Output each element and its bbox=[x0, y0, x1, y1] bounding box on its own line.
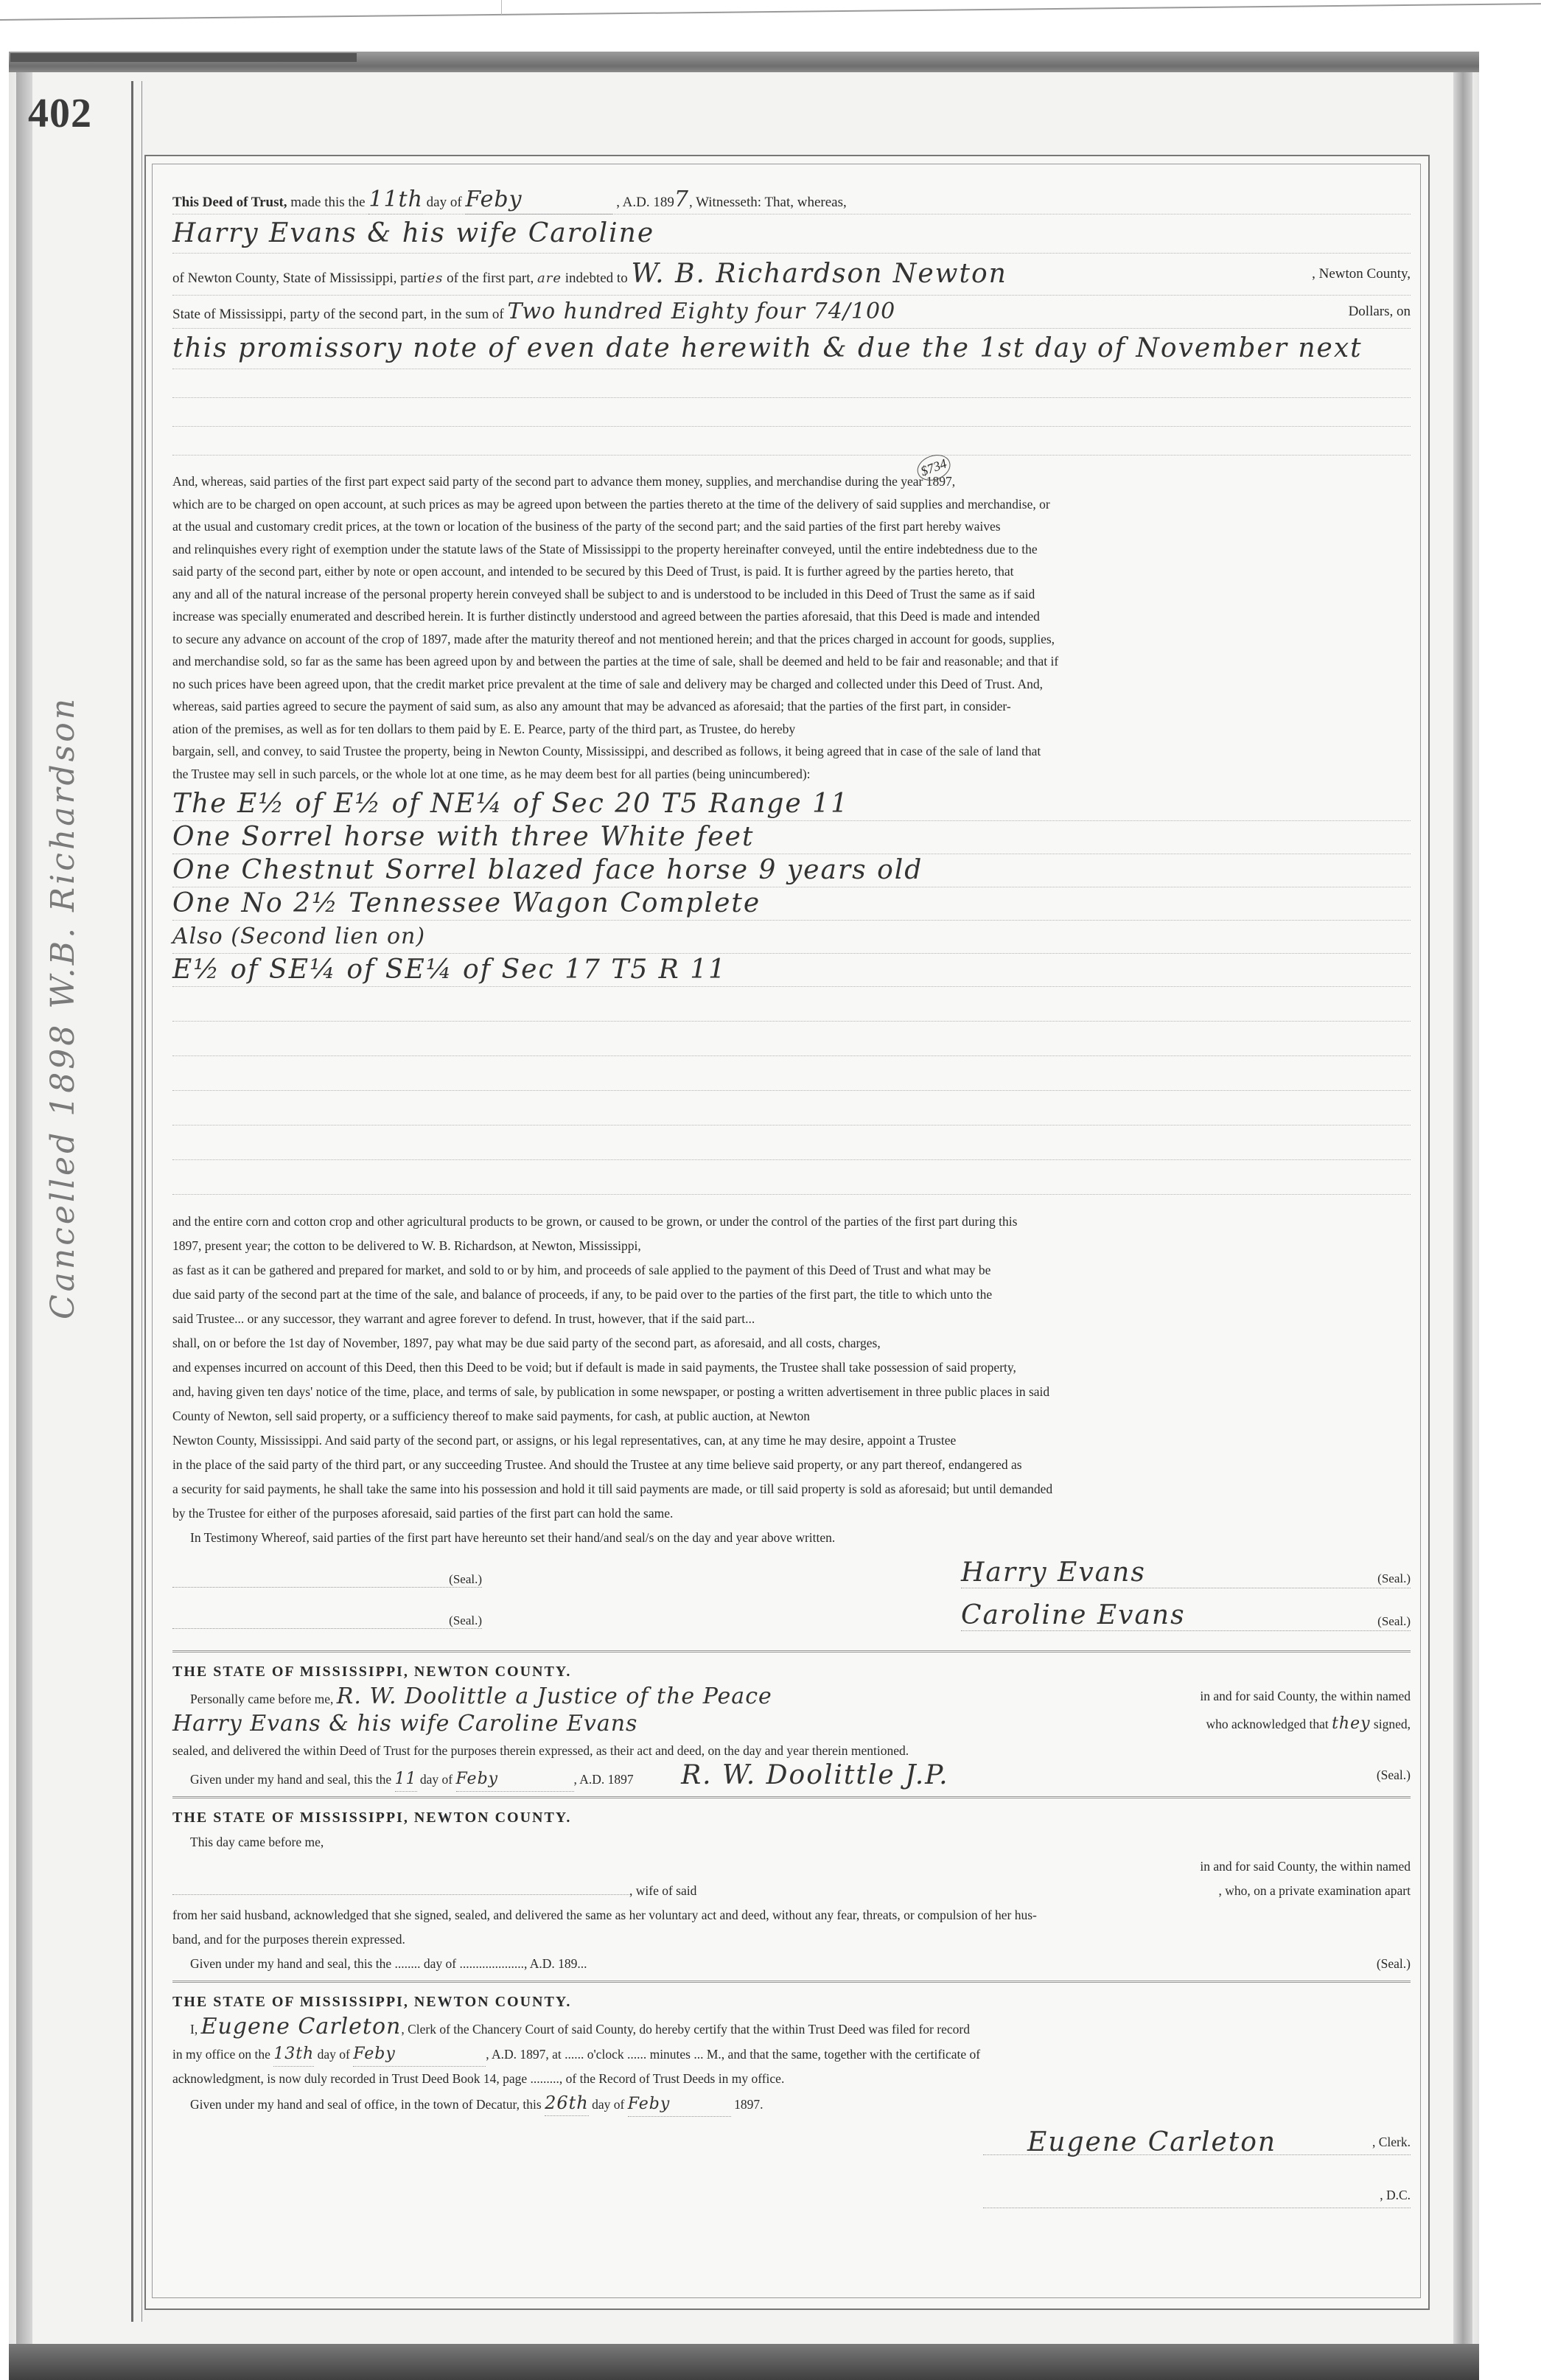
property-item: One No 2½ Tennessee Wagon Complete bbox=[172, 887, 1411, 921]
blank-line bbox=[172, 427, 1411, 456]
filed-month: Feby bbox=[353, 2042, 486, 2067]
advance-line: which are to be charged on open account,… bbox=[172, 493, 1411, 516]
left-binding-shadow bbox=[16, 72, 32, 2357]
grantors-line: Harry Evans & his wife Caroline bbox=[172, 214, 1411, 254]
page-top-edge-shadow bbox=[10, 53, 357, 62]
property-item: Also (Second lien on) bbox=[172, 921, 1411, 954]
witness-seal-1: (Seal.) bbox=[172, 1572, 482, 1588]
advance-line: increase was specially enumerated and de… bbox=[172, 605, 1411, 628]
scan-edge-line bbox=[0, 3, 1541, 21]
margin-rule-thin bbox=[141, 81, 142, 2322]
testimony-clause: In Testimony Whereof, said parties of th… bbox=[172, 1526, 1411, 1550]
crop-line: and expenses incurred on account of this… bbox=[172, 1355, 1411, 1380]
advance-line: And, whereas, said parties of the first … bbox=[172, 470, 1411, 493]
ack-officer: R. W. Doolittle a Justice of the Peace bbox=[337, 1683, 772, 1709]
deed-of-trust-form: This Deed of Trust, made this the 11th d… bbox=[144, 155, 1430, 2310]
wife-examination-section: THE STATE OF MISSISSIPPI, NEWTON COUNTY.… bbox=[172, 1806, 1411, 1976]
clerk-certificate-section: THE STATE OF MISSISSIPPI, NEWTON COUNTY.… bbox=[172, 1990, 1411, 2213]
property-list: The E½ of E½ of NE¼ of Sec 20 T5 Range 1… bbox=[172, 788, 1411, 1195]
crop-line: shall, on or before the 1st day of Novem… bbox=[172, 1331, 1411, 1355]
advance-line: ation of the premises, as well as for te… bbox=[172, 718, 1411, 741]
acknowledgment-section: THE STATE OF MISSISSIPPI, NEWTON COUNTY.… bbox=[172, 1660, 1411, 1792]
advance-line: and merchandise sold, so far as the same… bbox=[172, 650, 1411, 673]
scan-edge-tick bbox=[501, 0, 502, 15]
right-binding-shadow bbox=[1453, 72, 1472, 2357]
crop-line: Newton County, Mississippi. And said par… bbox=[172, 1428, 1411, 1453]
margin-rule bbox=[131, 81, 133, 2322]
section-divider bbox=[172, 1981, 1411, 1983]
ack-day: 11 bbox=[395, 1767, 417, 1792]
page-number: 402 bbox=[28, 90, 92, 137]
blank-line bbox=[172, 987, 1411, 1022]
advance-line: at the usual and customary credit prices… bbox=[172, 515, 1411, 538]
advance-line: to secure any advance on account of the … bbox=[172, 628, 1411, 651]
grantors: Harry Evans & his wife Caroline bbox=[172, 218, 654, 248]
crop-line: 1897, present year; the cotton to be del… bbox=[172, 1234, 1411, 1258]
crop-line: County of Newton, sell said property, or… bbox=[172, 1404, 1411, 1428]
signature-caroline-evans: Caroline Evans (Seal.) bbox=[961, 1600, 1411, 1631]
advance-line: no such prices have been agreed upon, th… bbox=[172, 673, 1411, 696]
promissory-note-terms: this promissory note of even date herewi… bbox=[172, 333, 1363, 363]
section-divider bbox=[172, 1650, 1411, 1653]
blank-line bbox=[172, 1056, 1411, 1091]
deed-title: This Deed of Trust, bbox=[172, 195, 287, 210]
blank-line bbox=[172, 1091, 1411, 1126]
given-day: 26th bbox=[545, 2091, 589, 2116]
advance-line: bargain, sell, and convey, to said Trust… bbox=[172, 740, 1411, 763]
property-item: One Sorrel horse with three White feet bbox=[172, 821, 1411, 854]
ack-named-parties: Harry Evans & his wife Caroline Evans bbox=[172, 1711, 637, 1737]
creditor-name: W. B. Richardson Newton bbox=[631, 259, 1007, 289]
deed-year: 7 bbox=[674, 186, 689, 212]
blank-line bbox=[172, 1126, 1411, 1160]
advance-line: the Trustee may sell in such parcels, or… bbox=[172, 763, 1411, 786]
signature-block: (Seal.) (Seal.) Harry Evans (Seal.) Caro… bbox=[172, 1557, 1411, 1646]
form-content: This Deed of Trust, made this the 11th d… bbox=[172, 186, 1411, 2213]
crop-line: as fast as it can be gathered and prepar… bbox=[172, 1258, 1411, 1283]
given-month: Feby bbox=[628, 2092, 731, 2117]
crop-line: due said party of the second part at the… bbox=[172, 1283, 1411, 1307]
deed-month: Feby bbox=[465, 186, 612, 214]
margin-cancellation-note: Cancelled 1898 W.B. Richardson bbox=[44, 696, 82, 1319]
crop-line: in the place of the said party of the th… bbox=[172, 1453, 1411, 1477]
note-line: this promissory note of even date herewi… bbox=[172, 329, 1411, 369]
debt-amount: Two hundred Eighty four 74/100 bbox=[507, 299, 895, 324]
blank-line bbox=[172, 398, 1411, 427]
crop-line: a security for said payments, he shall t… bbox=[172, 1477, 1411, 1501]
advance-paragraph: $734 And, whereas, said parties of the f… bbox=[172, 470, 1411, 785]
crop-paragraph: and the entire corn and cotton crop and … bbox=[172, 1210, 1411, 1550]
ack-heading: THE STATE OF MISSISSIPPI, NEWTON COUNTY. bbox=[172, 1660, 1411, 1684]
county-line: of Newton County, State of Mississippi, … bbox=[172, 254, 1411, 296]
property-item: The E½ of E½ of NE¼ of Sec 20 T5 Range 1… bbox=[172, 788, 1411, 821]
clerk-name: Eugene Carleton bbox=[201, 2014, 402, 2039]
ack-month: Feby bbox=[456, 1767, 574, 1792]
wife-exam-heading: THE STATE OF MISSISSIPPI, NEWTON COUNTY. bbox=[172, 1806, 1411, 1830]
signature-harry-evans: Harry Evans (Seal.) bbox=[961, 1557, 1411, 1588]
section-divider bbox=[172, 1796, 1411, 1798]
advance-line: whereas, said parties agreed to secure t… bbox=[172, 695, 1411, 718]
sum-line: State of Mississippi, party of the secon… bbox=[172, 296, 1411, 329]
advance-line: any and all of the natural increase of t… bbox=[172, 583, 1411, 606]
blank-line bbox=[172, 369, 1411, 398]
advance-line: and relinquishes every right of exemptio… bbox=[172, 538, 1411, 561]
crop-line: and the entire corn and cotton crop and … bbox=[172, 1210, 1411, 1234]
crop-line: by the Trustee for either of the purpose… bbox=[172, 1501, 1411, 1526]
property-item: E½ of SE¼ of SE¼ of Sec 17 T5 R 11 bbox=[172, 954, 1411, 987]
clerk-heading: THE STATE OF MISSISSIPPI, NEWTON COUNTY. bbox=[172, 1990, 1411, 2014]
advance-line: said party of the second part, either by… bbox=[172, 560, 1411, 583]
witness-seal-2: (Seal.) bbox=[172, 1613, 482, 1629]
crop-line: and, having given ten days' notice of th… bbox=[172, 1380, 1411, 1404]
page-bottom-edge bbox=[9, 2344, 1479, 2380]
deputy-clerk-line: , D.C. bbox=[983, 2183, 1411, 2208]
crop-line: said Trustee... or any successor, they w… bbox=[172, 1307, 1411, 1331]
deed-day: 11th bbox=[368, 186, 423, 214]
property-item: One Chestnut Sorrel blazed face horse 9 … bbox=[172, 854, 1411, 887]
ack-officer-signature: R. W. Doolittle J.P. bbox=[681, 1760, 948, 1790]
clerk-signature: Eugene Carleton bbox=[1027, 2130, 1276, 2154]
intro-line: This Deed of Trust, made this the 11th d… bbox=[172, 186, 1411, 214]
filed-day: 13th bbox=[273, 2042, 314, 2067]
clerk-signature-line: Eugene Carleton , Clerk. bbox=[983, 2130, 1411, 2155]
blank-line bbox=[172, 1160, 1411, 1195]
blank-line bbox=[172, 1022, 1411, 1056]
